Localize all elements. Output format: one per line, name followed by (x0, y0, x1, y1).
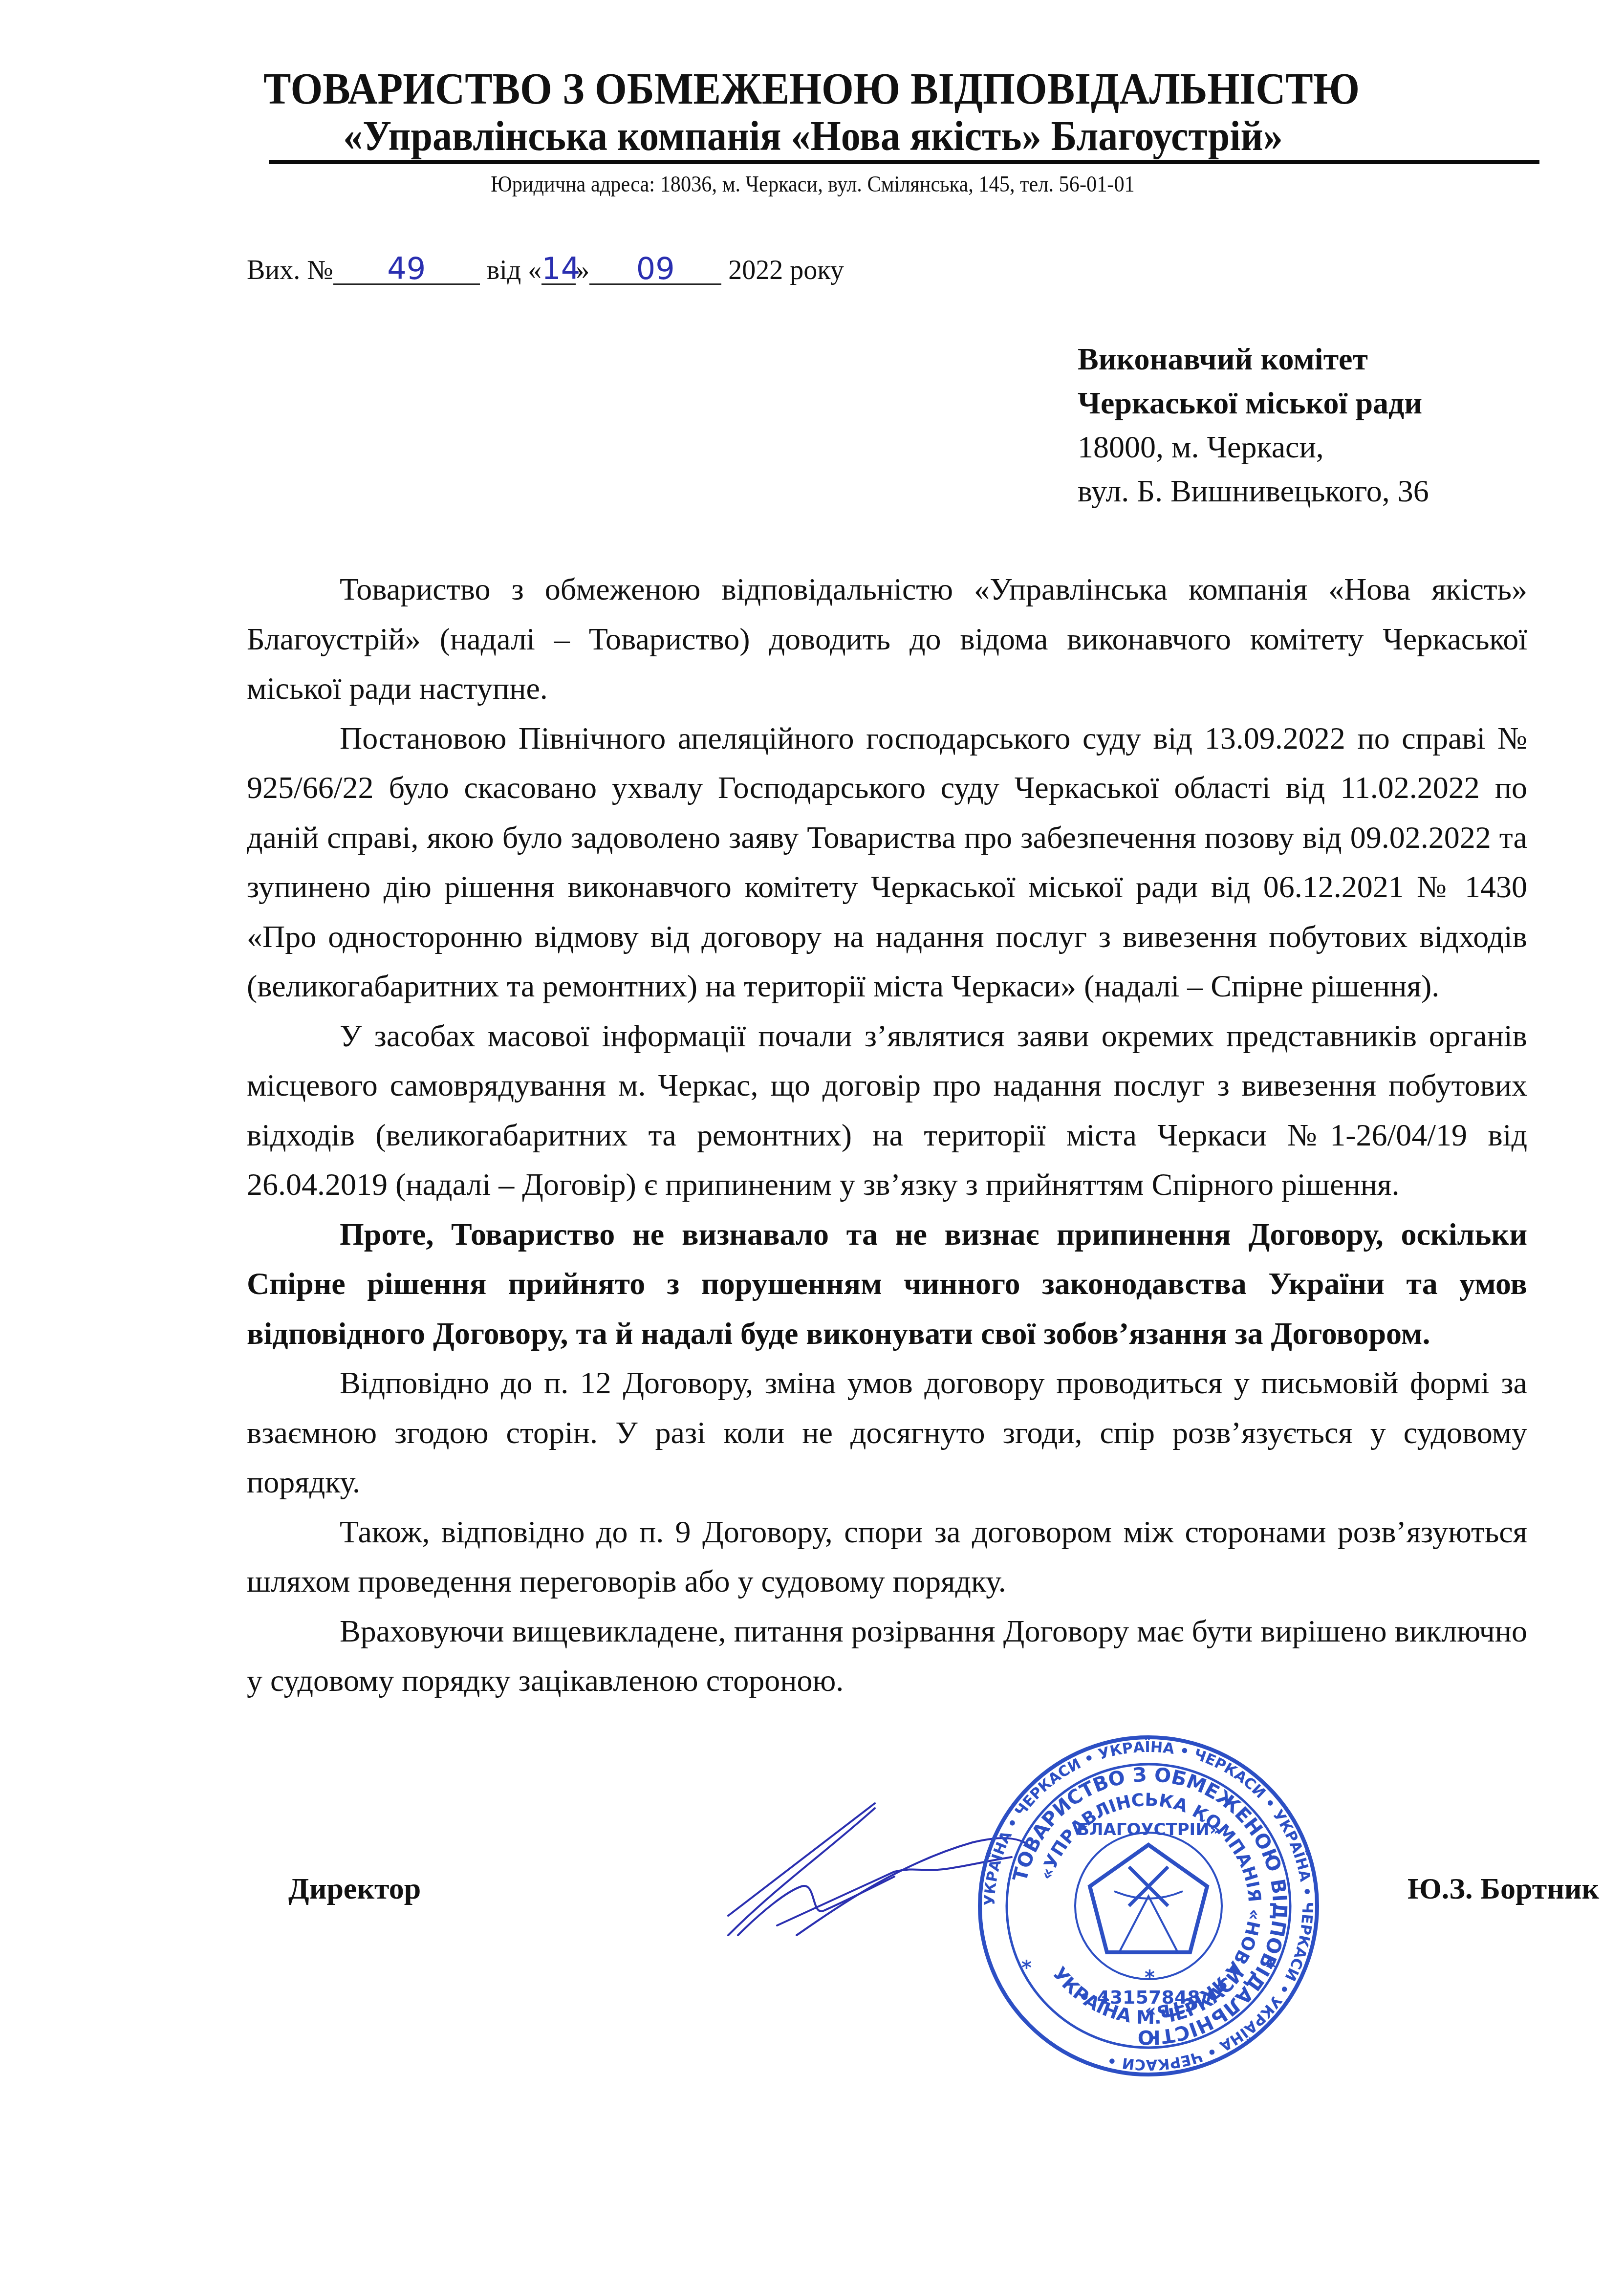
outgoing-number: 49 (333, 254, 480, 285)
outgoing-month: 09 (589, 254, 721, 285)
recipient-block: Виконавчий комітет Черкаської міської ра… (1078, 337, 1429, 513)
body-paragraph: Також, відповідно до п. 9 Договору, спор… (247, 1507, 1527, 1606)
recipient-line: Виконавчий комітет (1078, 337, 1429, 381)
body-paragraph: У засобах масової інформації почали з’яв… (247, 1011, 1527, 1210)
letterhead-address: Юридична адреса: 18036, м. Черкаси, вул.… (65, 171, 1559, 197)
letterhead-company-type: ТОВАРИСТВО З ОБМЕЖЕНОЮ ВІДПОВІДАЛЬНІСТЮ (65, 63, 1559, 114)
seal-sub-text: БЛАГОУСТРІЙ» (1077, 1819, 1220, 1839)
body-paragraph: Враховуючи вищевикладене, питання розірв… (247, 1606, 1527, 1706)
letterhead-divider (269, 160, 1539, 164)
body-paragraph-emphasis: Проте, Товариство не визнавало та не виз… (247, 1210, 1527, 1359)
company-seal: УКРАЇНА • ЧЕРКАСИ • УКРАЇНА • ЧЕРКАСИ • … (973, 1730, 1324, 2084)
recipient-line: 18000, м. Черкаси, (1078, 425, 1429, 469)
recipient-line: Черкаської міської ради (1078, 381, 1429, 425)
outgoing-number-label: Вих. № (247, 255, 333, 285)
signatory-title: Директор (288, 1872, 421, 1906)
signatory-name: Ю.З. Бортник (1407, 1872, 1599, 1906)
body-paragraph: Товариство з обмеженою відповідальністю … (247, 564, 1527, 713)
outgoing-close-quote: » (576, 255, 589, 285)
outgoing-reference: Вих. №49 від «14»09 2022 року (247, 254, 844, 286)
letter-body: Товариство з обмеженою відповідальністю … (247, 564, 1527, 1706)
outgoing-day: 14 (541, 254, 576, 285)
recipient-line: вул. Б. Вишнивецького, 36 (1078, 469, 1429, 513)
outgoing-date-label: від « (487, 255, 542, 285)
svg-text:*: * (1021, 1957, 1032, 1979)
outgoing-year: 2022 року (728, 255, 844, 285)
letterhead-company-name: «Управлінська компанія «Нова якість» Бла… (58, 111, 1568, 160)
svg-text:*: * (1145, 1967, 1155, 1989)
svg-text:*: * (1266, 1957, 1276, 1979)
body-paragraph: Постановою Північного апеляційного госпо… (247, 713, 1527, 1011)
body-paragraph: Відповідно до п. 12 Договору, зміна умов… (247, 1358, 1527, 1507)
